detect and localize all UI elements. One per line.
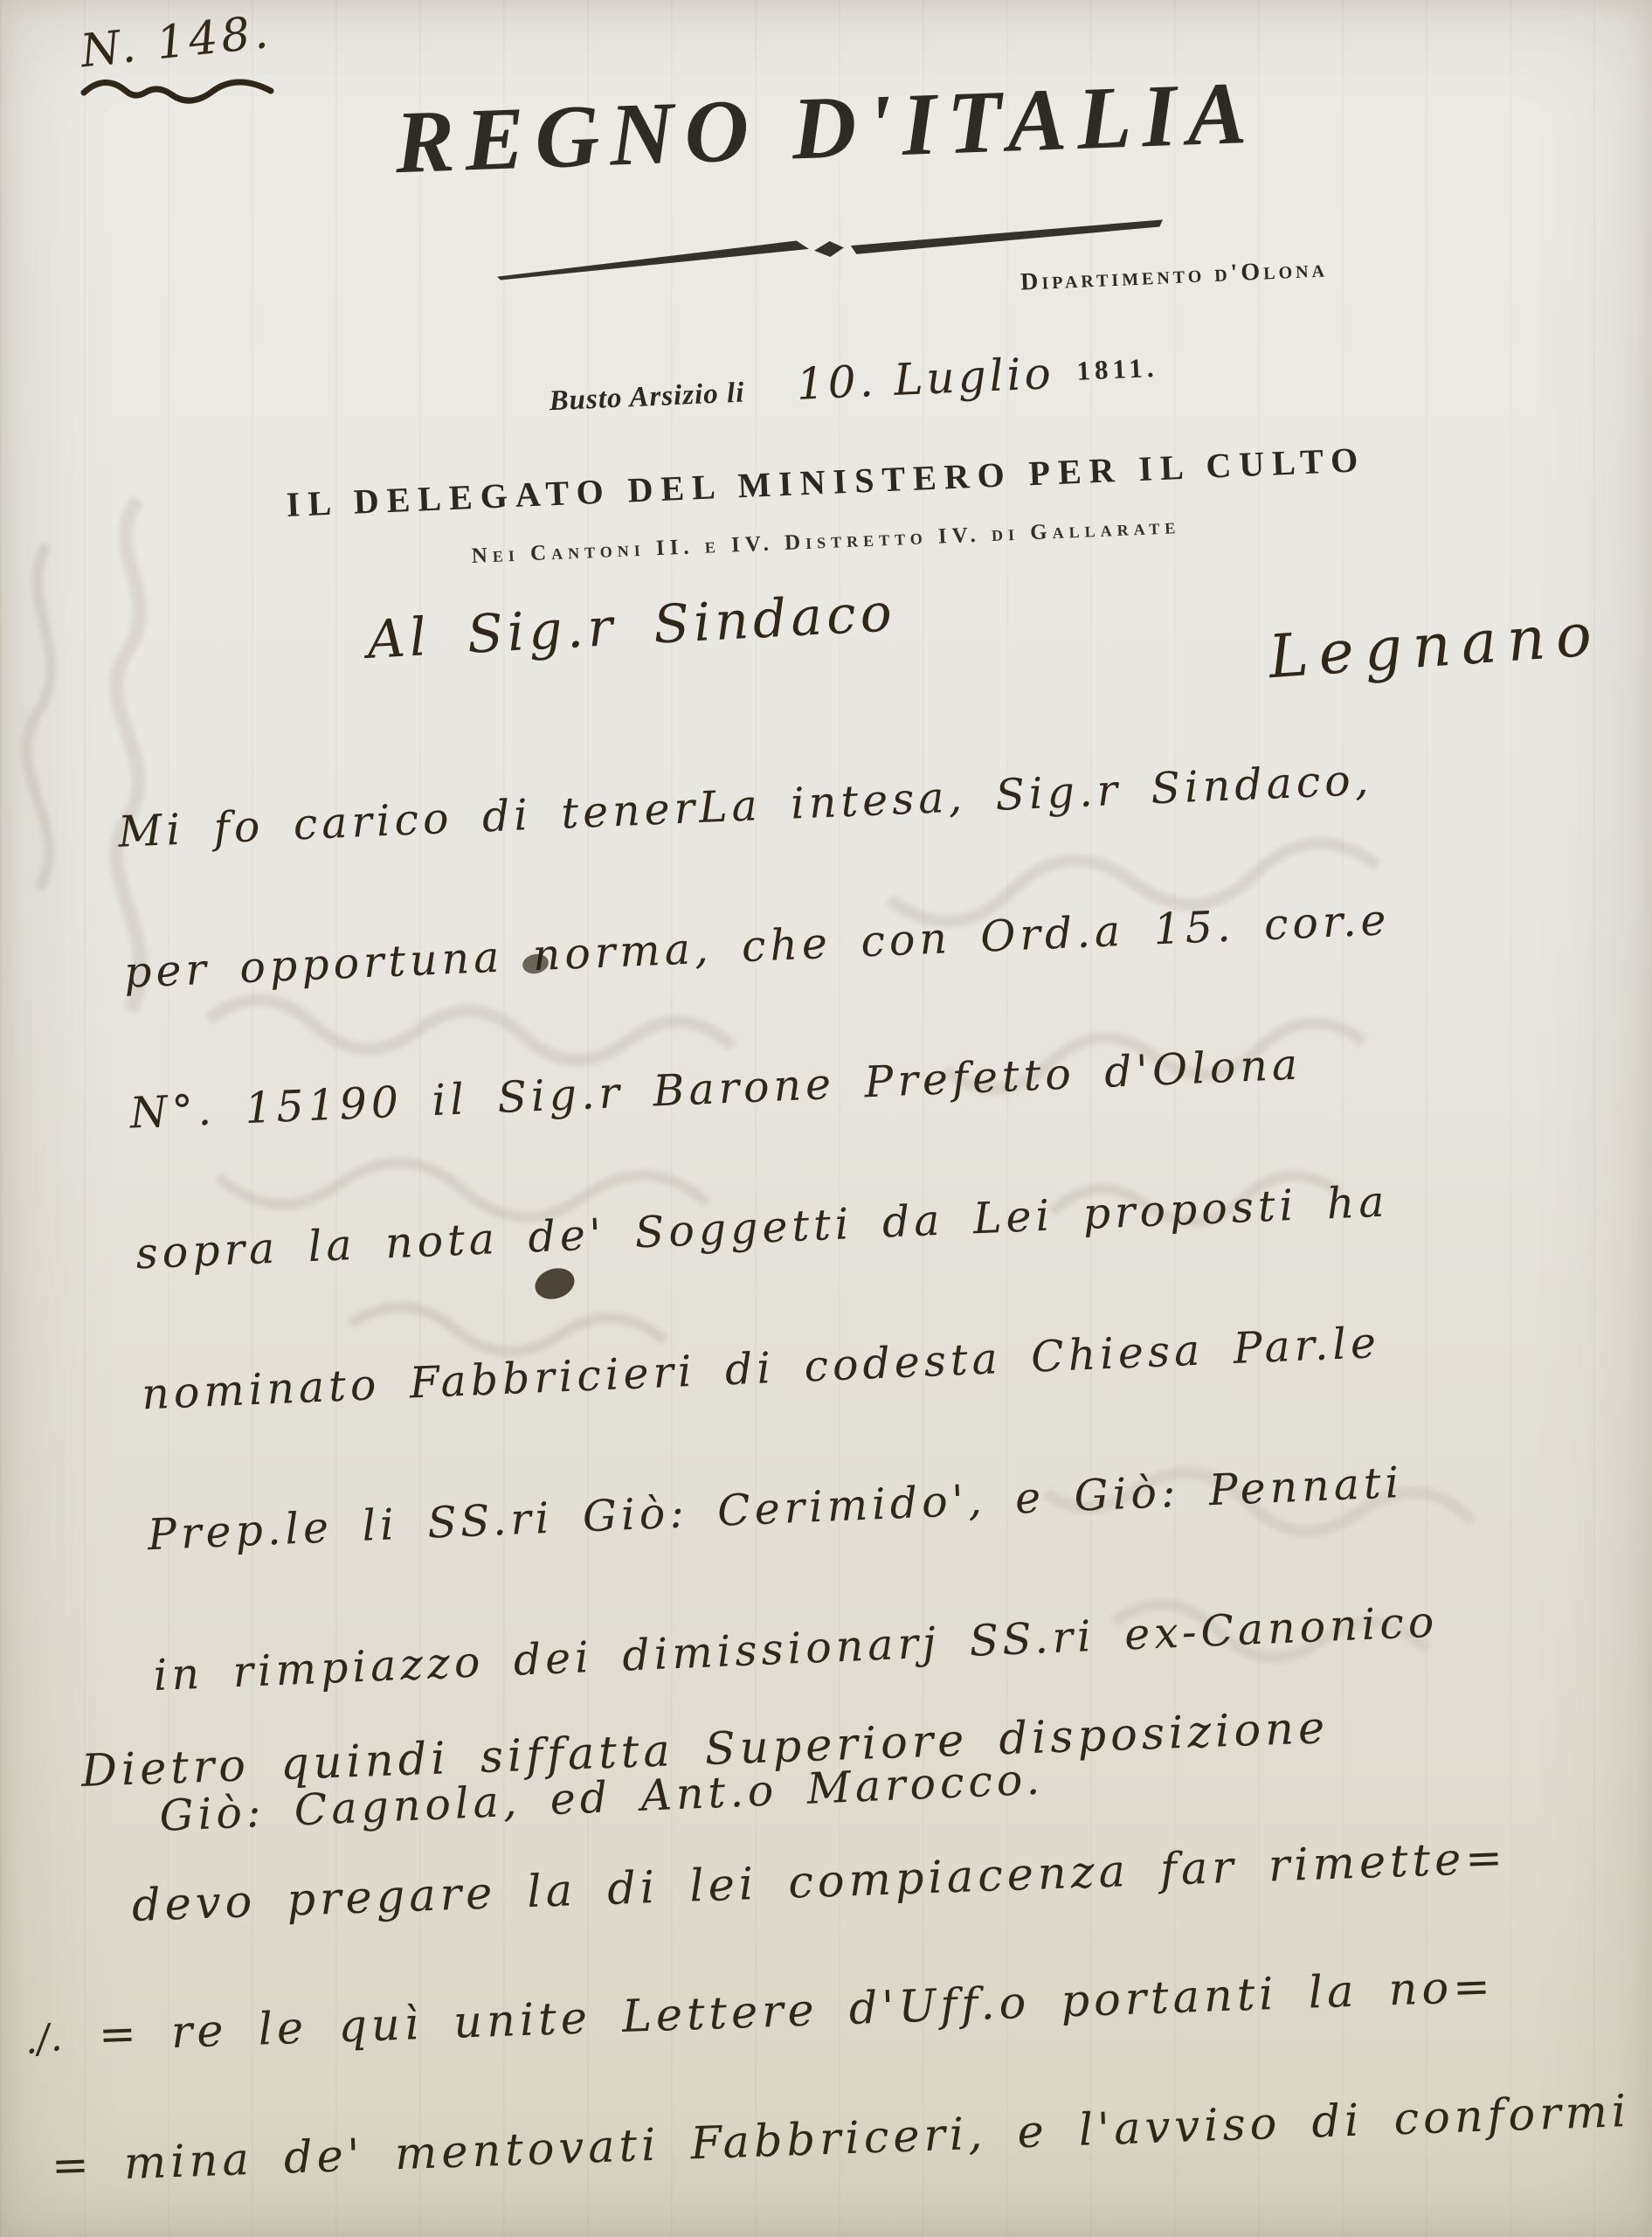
recipient-place: Legnano: [1267, 600, 1605, 692]
dateline: Busto Arsizio li10. Luglio1811.: [548, 343, 1159, 420]
document-title: REGNO D'ITALIA: [0, 48, 1652, 208]
enclosure-margin-mark: ./.: [22, 2015, 64, 2063]
reference-number: N. 148.: [78, 6, 273, 79]
dateline-date-handwritten: 10. Luglio: [796, 348, 1055, 410]
recipient-line: Al Sig.r Sindaco: [366, 582, 898, 671]
dateline-year: 1811.: [1076, 352, 1158, 386]
document-page: N. 148. REGNO D'ITALIA Dipartimento d'Ol…: [0, 0, 1652, 2237]
dateline-place: Busto Arsizio li: [549, 377, 745, 417]
body-line: = re le quì unite Lettere d'Uff.o portan…: [98, 1961, 1496, 2061]
body-paragraph-1: Mi fo carico di tenerLa intesa, Sig.r Si…: [115, 699, 1652, 1887]
department-line: Dipartimento d'Olona: [1020, 255, 1328, 296]
body-line: = mina de' mentovati Fabbriceri, e l'avv…: [51, 2086, 1631, 2192]
